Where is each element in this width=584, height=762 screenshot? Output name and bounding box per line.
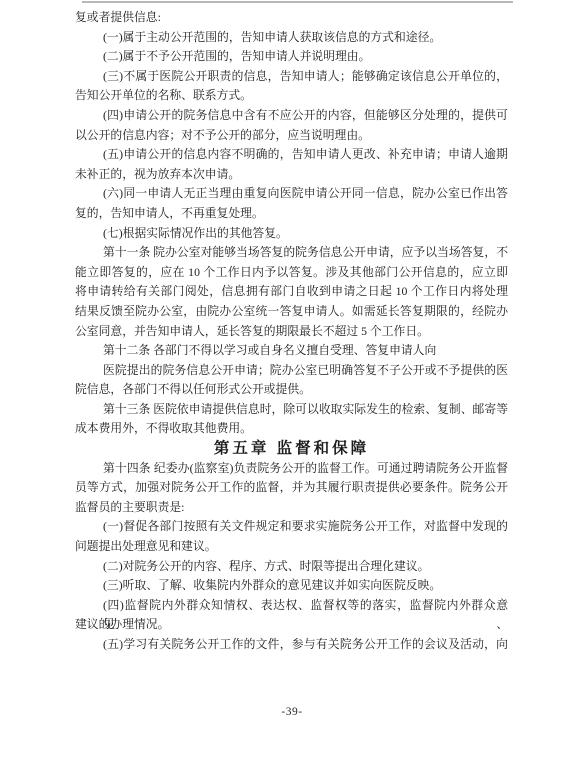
text-line: 将申请转给有关部门阅处，信息拥有部门自收到申请之日起 10 个工作日内将处理 (75, 282, 508, 302)
text-line: (一)属于主动公开范围的，告知申请人获取该信息的方式和途径。 (75, 28, 508, 48)
text-line: 医院提出的院务信息公开申请；院办公室已明确答复不子公开或不予提供的医 (75, 361, 508, 381)
text-line: (二)属于不予公开范围的，告知申请人并说明理由。 (75, 47, 508, 67)
text-line: 结果反馈至院办公室，由院办公室统一答复申请人。如需延长答复期限的，经院办 (75, 302, 508, 322)
text-line: (五)申请公开的信息内容不明确的，告知申请人更改、补充申请；申请人逾期 (75, 145, 508, 165)
text-line: 问题提出处理意见和建议。 (75, 537, 508, 557)
text-line: (一)督促各部门按照有关文件规定和要求实施院务公开工作，对监督中发现的 (75, 517, 508, 537)
text-line: (三)不属于医院公开职责的信息，告知申请人；能够确定该信息公开单位的， (75, 67, 508, 87)
text-line: (四)申请公开的院务信息中含有不应公开的内容，但能够区分处理的，提供可 (75, 106, 508, 126)
text-line: (二)对院务公开的内容、程序、方式、时限等提出合理化建议。 (75, 557, 508, 577)
document-page: 复或者提供信息:(一)属于主动公开范围的，告知申请人获取该信息的方式和途径。(二… (0, 0, 584, 762)
text-line: 第十四条 纪委办(监察室)负责院务公开的监督工作。可通过聘请院务公开监督 (75, 459, 508, 479)
text-line: 复或者提供信息: (75, 8, 508, 28)
text-line: 以公开的信息内容；对不予公开的部分，应当说明理由。 (75, 126, 508, 146)
text-line: (六)同一申请人无正当理由重复向医院申请公开同一信息，院办公室已作出答 (75, 184, 508, 204)
text-line: 第十一条 院办公室对能够当场答复的院务信息公开申请，应予以当场答复，不 (75, 243, 508, 263)
text-line: 告知公开单位的名称、联系方式。 (75, 86, 508, 106)
text-line: 第十二条 各部门不得以学习或自身名义擅自受理、答复申请人向 (75, 341, 508, 361)
text-line: 未补正的，视为放弃本次申请。 (75, 165, 508, 185)
text-line: 员等方式，加强对院务公开工作的监督，并为其履行职责提供必要条件。院务公开 (75, 478, 508, 498)
text-line: 公室同意，并告知申请人，延长答复的期限最长不超过 5 个工作日。 (75, 322, 508, 342)
top-rule-divider (82, 1, 513, 3)
text-line: 能立即答复的，应在 10 个工作日内予以答复。涉及其他部门公开信息的，应立即 (75, 263, 508, 283)
text-line: (三)听取、了解、收集院内外群众的意见建议并如实向医院反映。 (75, 576, 508, 596)
chapter-heading: 第五章 监督和保障 (75, 439, 508, 459)
text-line: 监督员的主要职责是: (75, 498, 508, 518)
text-line: 成本费用外，不得收取其他费用。 (75, 419, 508, 439)
text-line: 复的，告知申请人，不再重复处理。 (75, 204, 508, 224)
page-number: -39- (0, 706, 584, 718)
text-line: (七)根据实际情况作出的其他答复。 (75, 224, 508, 244)
text-line: (四)监督院内外群众知情权、表达权、监督权等的落实，监督院内外群众意见、 (75, 596, 508, 616)
text-line: 第十三条 医院依申请提供信息时，除可以收取实际发生的检索、复制、邮寄等 (75, 400, 508, 420)
document-body: 复或者提供信息:(一)属于主动公开范围的，告知申请人获取该信息的方式和途径。(二… (75, 8, 508, 655)
text-line: (五)学习有关院务公开工作的文件，参与有关院务公开工作的会议及活动，向 (75, 635, 508, 655)
text-line: 院信息，各部门不得以任何形式公开或提供。 (75, 380, 508, 400)
